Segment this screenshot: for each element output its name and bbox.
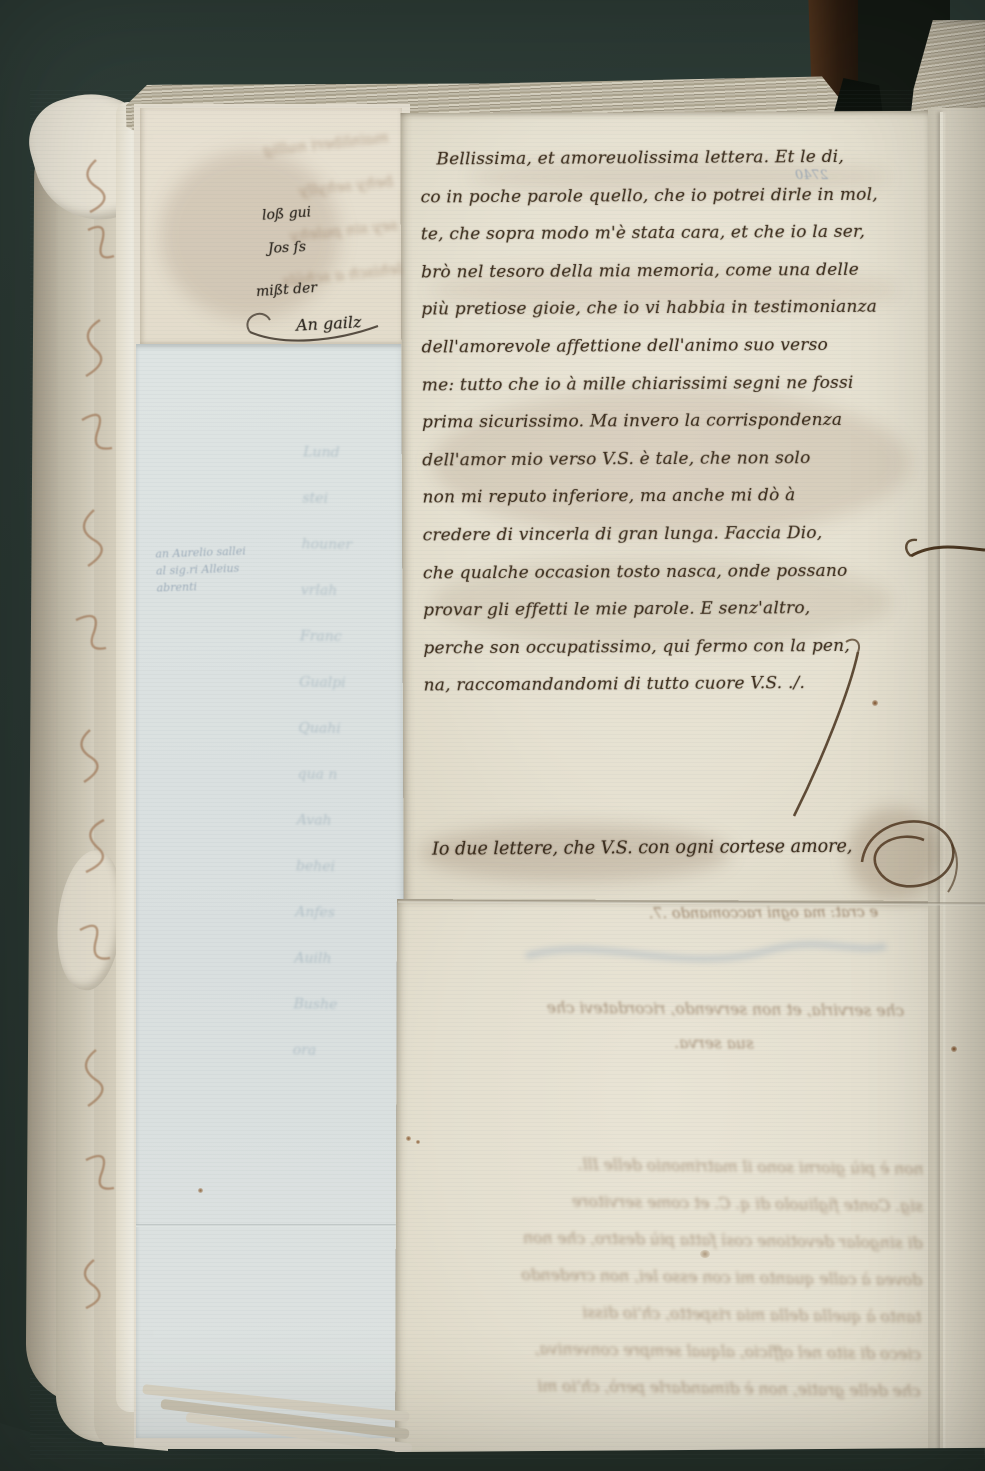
letter-line: credere di vincerla di gran lunga. Facci… (423, 514, 915, 555)
letter-line: dell'amorevole affettione dell'animo suo… (421, 326, 913, 367)
fox-spot (700, 1250, 710, 1258)
ghost-word: ora (292, 1027, 379, 1074)
letter-line: co in poche parole quello, che io potrei… (421, 176, 913, 217)
adjacent-page-ink-stroke (895, 520, 985, 580)
letter-line: te, che sopra modo m'è stata cara, et ch… (421, 214, 913, 255)
patch-ink-mark: Jos ſs (268, 239, 307, 257)
patch-ink-swirl (238, 300, 398, 350)
ghost-word: Auilh (294, 935, 381, 982)
show-through-block-upper: che servirla, et non servendo, ricordate… (452, 990, 905, 1062)
isolated-letter-line: Io due lettere, che V.S. con ogni cortes… (432, 836, 902, 859)
show-through-line: e crat: ma ogni raccomando .7. (492, 905, 878, 924)
show-through-line: che servirla, et non servendo, ricordate… (452, 990, 904, 1028)
manuscript-photo: Bellissima, et amoreuolissima lettera. E… (0, 0, 985, 1471)
ghost-word: Quahi (298, 705, 385, 752)
rust-stain (951, 1046, 957, 1052)
ghost-word: Gualpi (299, 659, 386, 706)
letter-line: brò nel tesoro della mia memoria, come u… (421, 251, 913, 292)
ghost-word: houner (301, 521, 388, 568)
ghost-word: qua n (297, 751, 384, 798)
show-through-folio-number: 2740 (795, 168, 828, 183)
ink-speck (198, 1188, 203, 1193)
annotation-line: abrenti (156, 576, 247, 596)
background-bottom-right (380, 1448, 985, 1471)
interleaf-ghost-word-column: LundsteihounervrlahFrancGualpiQuahiqua n… (292, 429, 389, 1074)
letter-line: più pretiose gioie, che io vi habbia in … (421, 289, 913, 330)
letter-line: non mi reputo inferiore, ma anche mi dò … (422, 477, 914, 518)
fold-strip (928, 108, 985, 1460)
interleaf-annotation: an Aurelio salleial sig.ri Alleiusabrent… (155, 542, 247, 596)
ghost-word: Lund (303, 429, 390, 476)
ink-speck (406, 1136, 411, 1141)
interleaf-fold-seam (136, 1224, 406, 1227)
ghost-word: Avah (296, 797, 383, 844)
ghost-word: Franc (300, 613, 387, 660)
letter-line: dell'amor mio verso V.S. è tale, che non… (422, 439, 914, 480)
ghost-word: Anfes (295, 889, 382, 936)
show-through-line: che delle gratie, non è dimandarle però,… (426, 1367, 920, 1411)
show-through-line: sua serva. (452, 1024, 904, 1062)
edge-ink-scrawls (30, 120, 160, 1420)
letter-line: prima sicurissimo. Ma invero la corrispo… (422, 402, 914, 443)
patch-ink-mark: loß gui (262, 204, 312, 223)
signature-flourish-stroke (690, 620, 890, 830)
letter-line: me: tutto che io à mille chiarissimi seg… (422, 364, 914, 405)
ghost-word: Bushe (293, 981, 380, 1028)
ink-speck (416, 1140, 420, 1144)
ghost-word: behei (296, 843, 383, 890)
letter-line: che qualche occasion tosto nasca, onde p… (423, 552, 915, 593)
rust-stain (872, 700, 878, 706)
show-through-block-lower: non è più giorni sono il matrimonio dell… (426, 1145, 924, 1411)
line-end-flourish (840, 800, 980, 910)
ghost-word: stei (302, 475, 389, 522)
fold-crease (940, 112, 943, 1456)
ghost-word: vrlah (300, 567, 387, 614)
ghost-ink-trace (520, 928, 900, 988)
letter-line: Bellissima, et amoreuolissima lettera. E… (420, 139, 912, 180)
